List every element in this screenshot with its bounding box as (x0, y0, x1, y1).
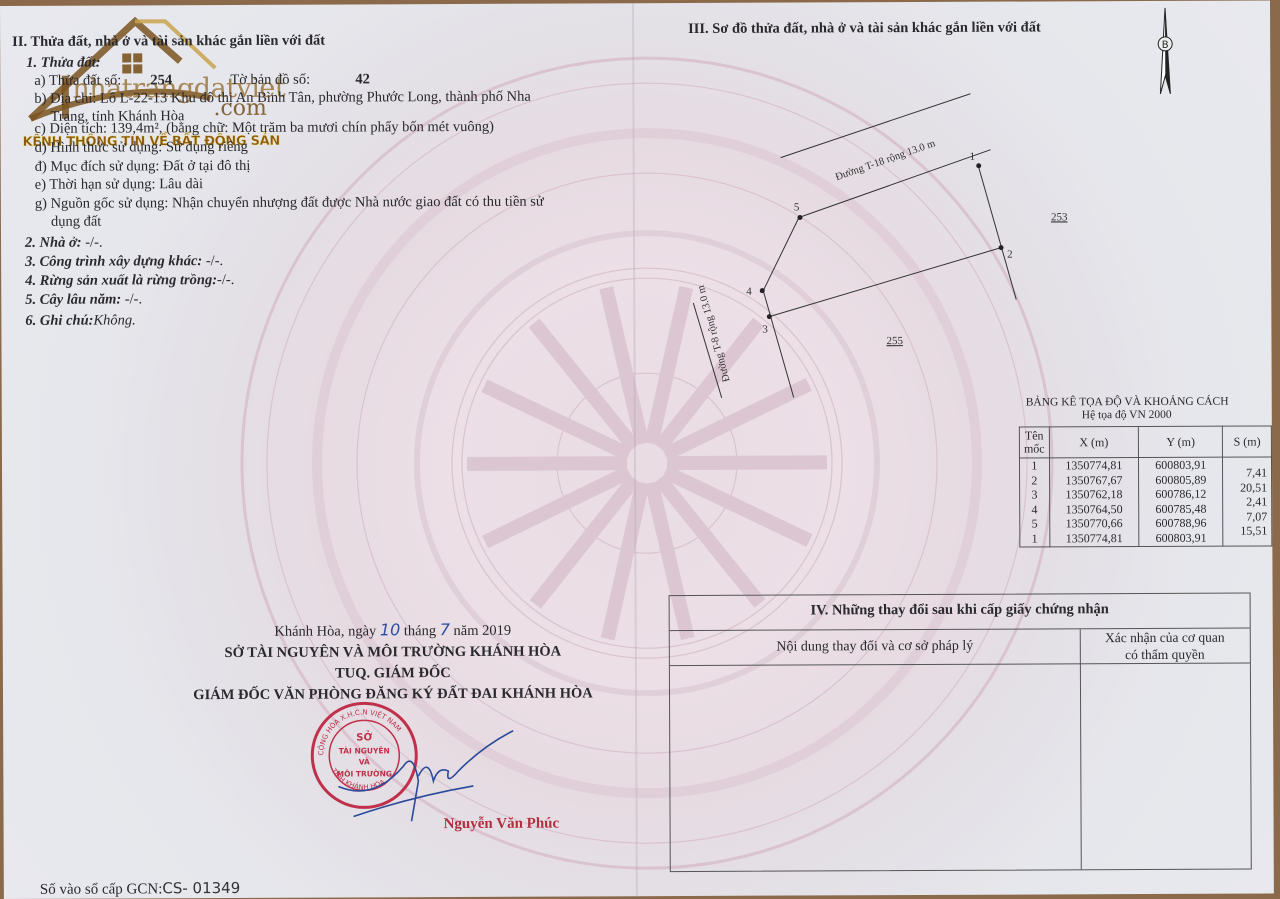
coord-cell-y: 600805,89 (1139, 472, 1223, 487)
coord-cell-distance: 15,51 (1223, 516, 1272, 531)
svg-text:2: 2 (1007, 249, 1013, 261)
coord-cell-x: 1350774,81 (1049, 458, 1139, 473)
coord-table: Tên mốc X (m) Y (m) S (m) 11350774,81600… (1019, 425, 1273, 547)
svg-text:5: 5 (794, 202, 800, 214)
coord-cell-y: 600786,12 (1139, 487, 1223, 502)
svg-text:Đường T-8 rộng 13.0 m: Đường T-8 rộng 13.0 m (696, 284, 733, 383)
signer-name: Nguyễn Văn Phúc (444, 816, 560, 834)
north-arrow-icon: B (1150, 6, 1180, 96)
coord-cell-distance (1223, 530, 1272, 545)
svg-text:Đường T-18 rộng 13.0 m: Đường T-18 rộng 13.0 m (834, 138, 937, 183)
coord-cell-name: 1 (1019, 458, 1049, 473)
coord-cell-distance: 2,41 (1223, 487, 1272, 502)
section3-title: III. Sơ đồ thửa đất, nhà ở và tài sản kh… (688, 18, 1041, 38)
coord-cell-y: 600803,91 (1139, 457, 1223, 472)
svg-text:255: 255 (886, 335, 903, 347)
parcel-map: 1 2 3 4 5 253 255 Đường T-18 rộng 13.0 m… (680, 81, 1081, 403)
col-header-name: Tên mốc (1019, 427, 1049, 458)
usage-term: e) Thời hạn sử dụng: Lâu dài (35, 175, 203, 194)
gcn-number: Số vào sổ cấp GCN:CS- 01349 (40, 879, 240, 899)
agency-name: SỞ TÀI NGUYÊN VÀ MÔI TRƯỜNG KHÁNH HÒA (163, 641, 623, 664)
svg-text:4: 4 (746, 286, 752, 298)
signature-block: Khánh Hòa, ngày 10 tháng 7 năm 2019 SỞ T… (163, 618, 623, 706)
usage-form: d) Hình thức sử dụng: Sử dụng riêng (35, 138, 248, 157)
origin-line1: g) Nguồn gốc sử dụng: Nhận chuyển nhượng… (35, 193, 544, 213)
on-behalf: TUQ. GIÁM ĐỐC (163, 662, 623, 685)
coord-cell-distance: 7,41 (1223, 457, 1272, 472)
usage-purpose: đ) Mục đích sử dụng: Đất ở tại đô thị (35, 157, 251, 176)
perennial-trees-line: 5. Cây lâu năm: -/-. (25, 290, 142, 309)
origin-line2: dụng đất (51, 213, 101, 231)
coord-table-row: 11350774,81600803,91 (1020, 530, 1272, 546)
coord-cell-x: 1350762,18 (1049, 487, 1139, 502)
signature-scribble-icon (333, 726, 523, 827)
col-header-s: S (m) (1223, 426, 1272, 457)
changes-column-divider (1080, 629, 1082, 869)
section4-title: IV. Những thay đổi sau khi cấp giấy chứn… (670, 594, 1250, 632)
notes-line: 6. Ghi chú:Không. (25, 311, 135, 329)
section2-title: II. Thửa đất, nhà ở và tài sản khác gắn … (12, 32, 325, 51)
coord-cell-distance: 20,51 (1223, 472, 1272, 487)
page-fold (632, 3, 638, 896)
house-line: 2. Nhà ở: -/-. (25, 234, 103, 252)
area-line: c) Diện tích: 139,4m², (bằng chữ: Một tr… (34, 118, 493, 138)
svg-text:1: 1 (970, 151, 976, 163)
changes-table: IV. Những thay đổi sau khi cấp giấy chứn… (669, 593, 1252, 873)
coord-table-row: 41350764,50600785,487,07 (1020, 501, 1272, 517)
col-header-y: Y (m) (1138, 426, 1222, 457)
coord-cell-x: 1350764,50 (1049, 502, 1139, 517)
coord-cell-y: 600803,91 (1139, 531, 1223, 546)
coord-table-row: 11350774,81600803,917,41 (1019, 457, 1271, 473)
other-construction-line: 3. Công trình xây dựng khác: -/-. (25, 252, 223, 271)
coord-cell-name: 1 (1020, 531, 1050, 546)
place-date: Khánh Hòa, ngày 10 tháng 7 năm 2019 (163, 618, 623, 643)
coord-table-row: 31350762,18600786,122,41 (1020, 487, 1272, 503)
coord-cell-name: 4 (1020, 502, 1050, 517)
changes-content-header: Nội dung thay đổi và cơ sở pháp lý (670, 629, 1080, 665)
coord-cell-x: 1350770,66 (1049, 516, 1139, 531)
col-header-x: X (m) (1049, 427, 1139, 458)
coord-cell-x: 1350774,81 (1049, 531, 1139, 546)
coord-cell-name: 5 (1020, 517, 1050, 532)
coord-cell-distance: 7,07 (1223, 501, 1272, 516)
coord-table-row: 21350767,67600805,8920,51 (1020, 472, 1272, 488)
address-line1: b) Địa chỉ: Lô L-22-13 Khu đô thị An Bìn… (34, 88, 530, 108)
coord-cell-y: 600785,48 (1139, 501, 1223, 516)
parcel-number: 254 (150, 71, 172, 89)
coord-cell-name: 3 (1020, 488, 1050, 503)
land-heading: 1. Thửa đất: (26, 54, 100, 72)
changes-confirm-header: Xác nhận của cơ quancó thẩm quyền (1080, 629, 1250, 664)
svg-text:253: 253 (1051, 211, 1068, 223)
coord-cell-name: 2 (1020, 473, 1050, 488)
coord-table-row: 51350770,66600788,9615,51 (1020, 516, 1272, 532)
land-certificate-page: nhatrangdatviet .com KÊNH THÔNG TIN VỀ B… (0, 0, 1274, 899)
parcel-label: a) Thửa đất số: (34, 71, 121, 89)
map-sheet-number: 42 (355, 70, 370, 88)
svg-text:B: B (1162, 40, 1169, 51)
coord-table-subtitle: Hệ tọa độ VN 2000 (1082, 406, 1172, 424)
coord-cell-x: 1350767,67 (1049, 473, 1139, 488)
production-forest-line: 4. Rừng sản xuất là rừng trồng:-/-. (25, 271, 234, 290)
map-sheet-label: Tờ bản đồ số: (230, 71, 310, 89)
coord-cell-y: 600788,96 (1139, 516, 1223, 531)
svg-text:3: 3 (762, 324, 768, 336)
